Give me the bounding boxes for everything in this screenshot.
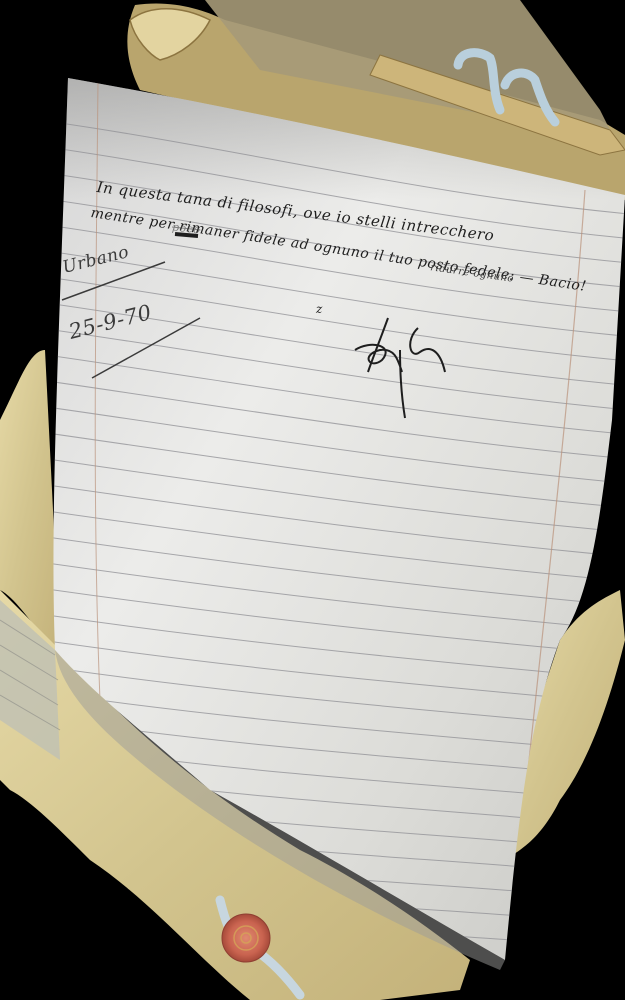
collage-artwork <box>0 0 625 1000</box>
wax-seal <box>222 914 270 962</box>
small-mark: z <box>316 302 323 316</box>
